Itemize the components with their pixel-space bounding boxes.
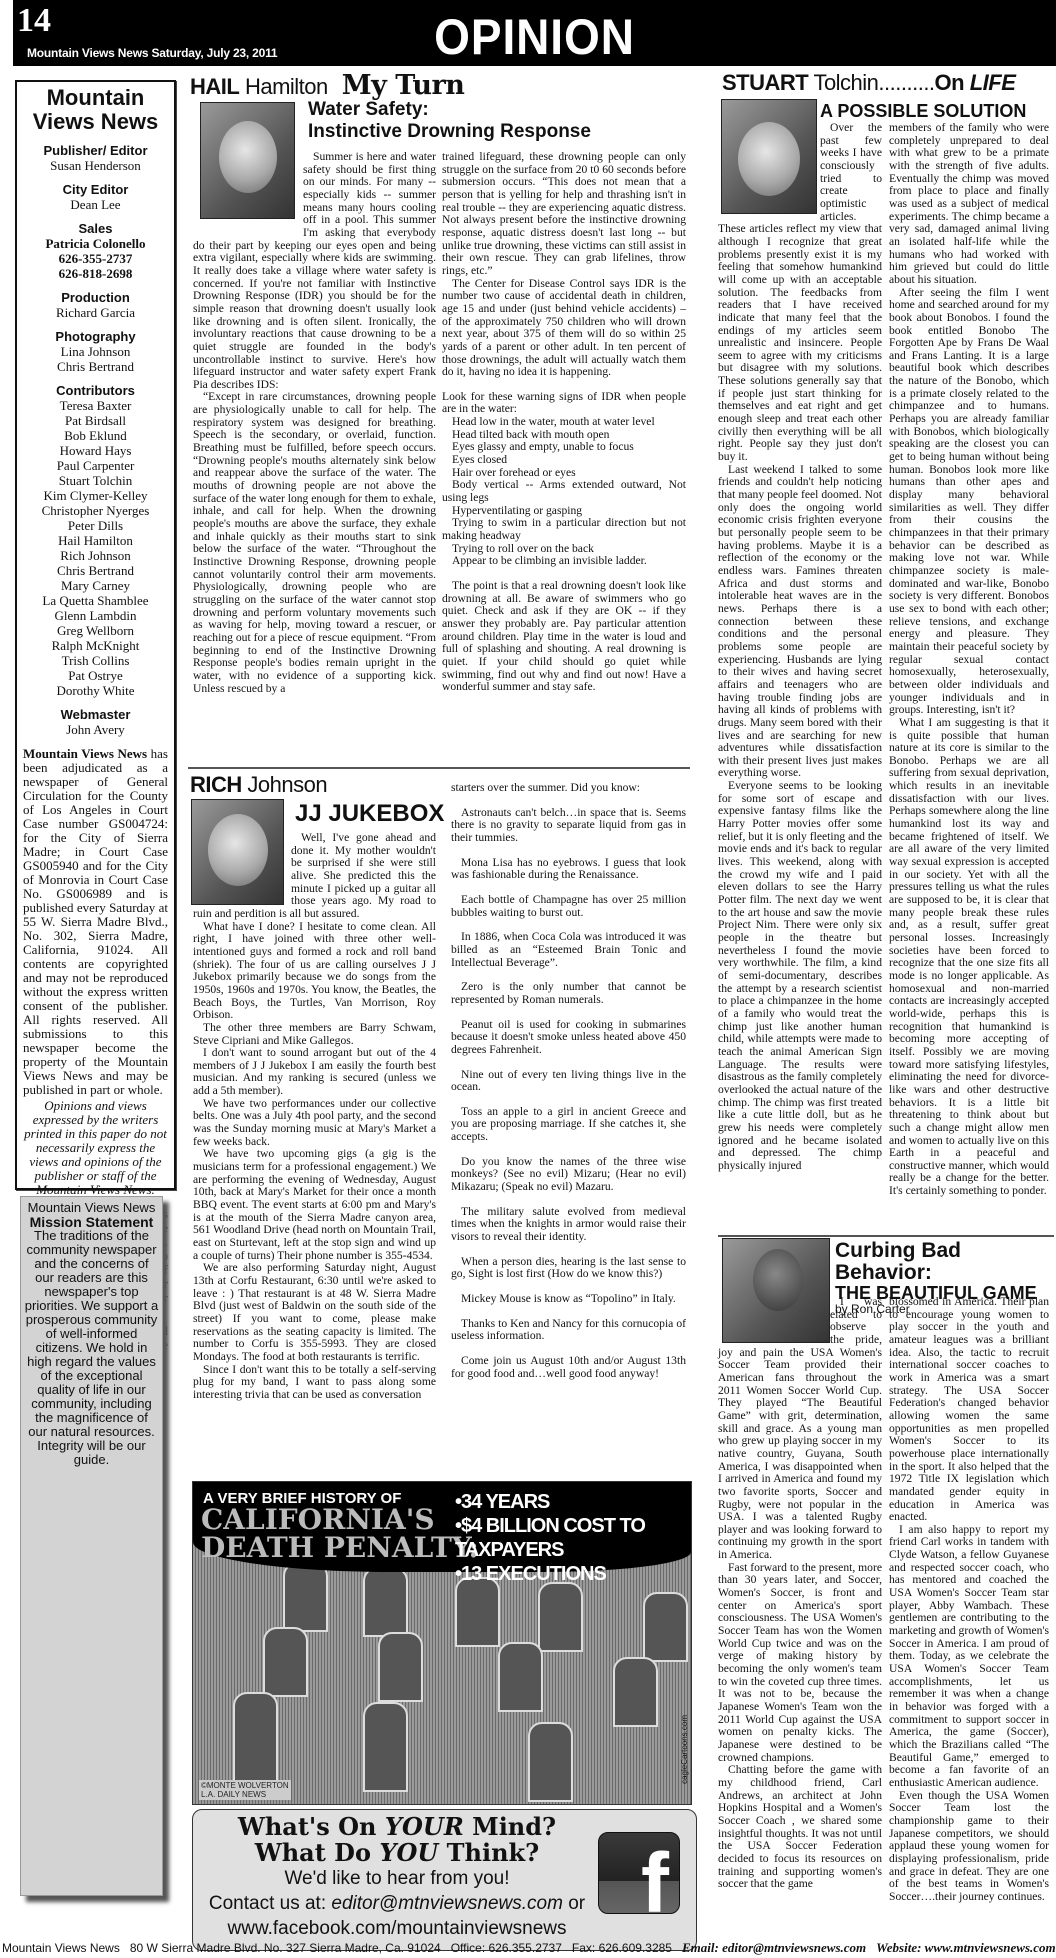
staff-name: Howard Hays (23, 443, 168, 458)
staff-name: Ralph McKnight (23, 638, 168, 653)
johnson-col1: Well, I've gone ahead and done it. My mo… (193, 832, 436, 1402)
staff-role: Production (23, 290, 168, 305)
paragraph: members of the family who were completel… (889, 122, 1049, 287)
h1c: Mind? (464, 1812, 556, 1841)
column-on: On (935, 70, 965, 95)
paragraph: In 1886, when Coca Cola was introduced i… (451, 931, 686, 969)
paragraph: The other three members are Barry Schwam… (193, 1022, 436, 1047)
staff-name: Kim Clymer-Kelley (23, 488, 168, 503)
staff-name: 626-818-2698 (23, 266, 168, 281)
signs-intro: Look for these warning signs of IDR when… (442, 391, 686, 416)
paragraph: When a person dies, hearing is the last … (451, 1256, 686, 1281)
paper-name: Mountain Views News (23, 86, 168, 134)
paragraph: Mona Lisa has no eyebrows. I guess that … (451, 857, 686, 882)
paragraph: Peanut oil is used for cooking in submar… (451, 1019, 686, 1057)
masthead: 14 Mountain Views News Saturday, July 23… (13, 0, 1056, 66)
tolchin-headline: A POSSIBLE SOLUTION (820, 101, 1026, 122)
carter-col2: blossomed in America. Their plan to enco… (889, 1296, 1049, 1904)
photo-spacer (718, 1296, 830, 1344)
warning-sign: Trying to swim in a particular direction… (442, 517, 686, 542)
warning-sign: Appear to be climbing an invisible ladde… (442, 555, 686, 568)
section-title: OPINION (55, 8, 1015, 66)
hamilton-byline: HAIL HamiltonMy Turn (190, 70, 464, 101)
legal-notice: Mountain Views News has been adjudicated… (23, 747, 168, 1097)
paragraph: Fast forward to the present, more than 3… (718, 1562, 882, 1765)
staff-box: Mountain Views News Publisher/ EditorSus… (15, 80, 176, 1190)
carter-col1: I was elated to observe the pride, joy a… (718, 1296, 882, 1891)
warning-sign: Eyes closed (442, 454, 686, 467)
facebook-icon[interactable]: f (598, 1832, 680, 1914)
paragraph: Toss an apple to a girl in ancient Greec… (451, 1106, 686, 1144)
staff-name: Hail Hamilton (23, 533, 168, 548)
legal-text: has been adjudicated as a newspaper of G… (23, 746, 168, 1097)
staff-name: Trish Collins (23, 653, 168, 668)
mission-title: Mission Statement (24, 1215, 159, 1229)
staff-name: Rich Johnson (23, 548, 168, 563)
editor-email-link[interactable]: editor@mtnviewsnews.com (331, 1893, 563, 1914)
staff-name: Peter Dills (23, 518, 168, 533)
staff-role: Photography (23, 329, 168, 344)
h1a: What's On (238, 1812, 385, 1841)
paragraph: Mickey Mouse is know as “Topolino” in It… (451, 1293, 686, 1306)
paragraph: We are also performing Saturday night, A… (193, 1262, 436, 1363)
paragraph: We have two performances under our colle… (193, 1098, 436, 1149)
paragraph: I don't want to sound arrogant but out o… (193, 1047, 436, 1098)
paragraph: What have I done? I hesitate to come cle… (193, 921, 436, 1022)
footer-name: Mountain Views News (2, 1941, 120, 1955)
h2c: Think? (438, 1838, 539, 1867)
paragraph: “Except in rare circumstances, drowning … (193, 391, 436, 695)
page-footer: Mountain Views News 80 W Sierra Madre Bl… (0, 1940, 1056, 1956)
byline-last: Hamilton (245, 74, 328, 99)
staff-name: Chris Bertrand (23, 359, 168, 374)
footer-email[interactable]: Email: editor@mtnviewsnews.com (682, 1940, 866, 1955)
johnson-byline: RICH Johnson (190, 772, 327, 798)
column-life: LIFE (970, 70, 1016, 95)
staff-name: Dorothy White (23, 683, 168, 698)
headline-line1: Water Safety: (308, 99, 591, 121)
paragraph: starters over the summer. Did you know: (451, 782, 686, 795)
staff-name: Chris Bertrand (23, 563, 168, 578)
byline-last: Tolchin.......... (813, 70, 934, 95)
staff-name: Pat Ostrye (23, 668, 168, 683)
paragraph: Chatting before the game with my childho… (718, 1764, 882, 1891)
contact-prefix: Contact us at: (209, 1893, 332, 1914)
photo-spacer (193, 151, 303, 227)
photo-spacer (718, 122, 820, 214)
page-number: 14 (17, 2, 51, 40)
staff-role: Contributors (23, 383, 168, 398)
paragraph: Since I don't want this to be totally a … (193, 1364, 436, 1402)
cartoon-credit: ©MONTE WOLVERTONL.A. DAILY NEWS (199, 1780, 291, 1800)
paragraph: After seeing the film I went home and se… (889, 287, 1049, 717)
staff-name: Christopher Nyerges (23, 503, 168, 518)
h2a: What Do (255, 1838, 380, 1867)
cartoon-title-large: CALIFORNIA'SDEATH PENALTY: (201, 1506, 479, 1562)
byline-first: RICH (190, 772, 242, 797)
divider (718, 1235, 1054, 1237)
disclaimer: Opinions and views expressed by the writ… (23, 1099, 168, 1197)
staff-name: Lina Johnson (23, 344, 168, 359)
staff-role: Publisher/ Editor (23, 143, 168, 158)
byline-last: Johnson (247, 772, 327, 797)
promo-contact: Contact us at: editor@mtnviewsnews.com o… (193, 1891, 601, 1916)
staff-name: Richard Garcia (23, 305, 168, 320)
cartoon-line3: DEATH PENALTY: (201, 1534, 479, 1562)
paragraph: Astronauts can't belch…in space that is.… (451, 807, 686, 845)
warning-sign: Body vertical -- Arms extended outward, … (442, 479, 686, 504)
editorial-cartoon: A VERY BRIEF HISTORY OF CALIFORNIA'SDEAT… (192, 1481, 692, 1805)
divider (188, 767, 690, 769)
johnson-headline: JJ JUKEBOX (295, 800, 444, 828)
cartoon-bullet: •34 YEARS (455, 1490, 691, 1514)
cartoon-line2: CALIFORNIA'S (201, 1506, 479, 1534)
headline-line2: Instinctive Drowning Response (308, 121, 591, 143)
photo-spacer (193, 832, 291, 904)
h2b: YOU (379, 1838, 438, 1867)
facebook-link[interactable]: www.facebook.com/mountainviewsnews (193, 1916, 601, 1941)
paragraph: Zero is the only number that cannot be r… (451, 981, 686, 1006)
staff-name: Glenn Lambdin (23, 608, 168, 623)
staff-name: Patricia Colonello (23, 236, 168, 251)
warning-signs-list: Head low in the water, mouth at water le… (442, 416, 686, 568)
paragraph: Each bottle of Champagne has over 25 mil… (451, 894, 686, 919)
headline-line1: Curbing Bad Behavior: (835, 1240, 1056, 1284)
staff-name: 626-355-2737 (23, 251, 168, 266)
promo-headline: What's On YOUR Mind? What Do YOU Think? (193, 1814, 601, 1866)
paragraph: Do you know the names of the three wise … (451, 1156, 686, 1194)
mission-text: The traditions of the community newspape… (24, 1229, 159, 1467)
cartoon-bullet: •13 EXECUTIONS (455, 1562, 691, 1586)
staff-name: Teresa Baxter (23, 398, 168, 413)
staff-name: Paul Carpenter (23, 458, 168, 473)
footer-office: Office: 626.355.2737 (451, 1941, 562, 1955)
staff-name: Susan Henderson (23, 158, 168, 173)
tolchin-byline: STUART Tolchin..........On LIFE (722, 70, 1015, 96)
staff-name: Pat Birdsall (23, 413, 168, 428)
footer-address: 80 W Sierra Madre Blvd. No. 327 Sierra M… (130, 1941, 441, 1955)
staff-role: Sales (23, 221, 168, 236)
contact-suffix: or (563, 1893, 585, 1914)
paragraph: What I am suggesting is that it is quite… (889, 717, 1049, 1198)
warning-sign: Head low in the water, mouth at water le… (442, 416, 686, 429)
paragraph: Nine out of every ten living things live… (451, 1069, 686, 1094)
promo-subtitle: We'd like to hear from you! (193, 1866, 601, 1891)
paragraph: Even though the USA Women Soccer Team lo… (889, 1790, 1049, 1904)
byline-first: HAIL (190, 74, 239, 99)
cartoon-bullets: •34 YEARS•$4 BILLION COST TO TAXPAYERS•1… (455, 1490, 691, 1586)
staff-name: Dean Lee (23, 197, 168, 212)
paragraph: Come join us August 10th and/or August 1… (451, 1355, 686, 1380)
footer-fax: Fax: 626.609.3285 (572, 1941, 672, 1955)
mission-statement: Mountain Views News Mission Statement Th… (20, 1196, 163, 1896)
paragraph: The Center for Disease Control says IDR … (442, 278, 686, 379)
tolchin-col1: Over the past few weeks I have conscious… (718, 122, 882, 1172)
tolchin-col2: members of the family who were completel… (889, 122, 1049, 1198)
paragraph: The point is that a real drowning doesn'… (442, 580, 686, 694)
footer-website[interactable]: Website: www.mtnviewsnews.com (876, 1940, 1055, 1955)
hamilton-headline: Water Safety:Instinctive Drowning Respon… (308, 99, 591, 143)
byline-first: STUART (722, 70, 808, 95)
staff-name: Mary Carney (23, 578, 168, 593)
johnson-col2: starters over the summer. Did you know:A… (451, 782, 686, 1380)
mission-paper-name: Mountain Views News (24, 1201, 159, 1215)
cartoon-site: cagleCartoons.com (680, 1715, 689, 1784)
paragraph: Everyone seems to be looking for some so… (718, 780, 882, 1172)
column-title: My Turn (342, 70, 465, 101)
staff-role: City Editor (23, 182, 168, 197)
paragraph: blossomed in America. Their plan to enco… (889, 1296, 1049, 1524)
paragraph: I am also happy to report my friend Carl… (889, 1524, 1049, 1790)
staff-name: Bob Eklund (23, 428, 168, 443)
paragraph: Last weekend I talked to some friends an… (718, 464, 882, 780)
h1b: YOUR (385, 1812, 464, 1841)
staff-list: Publisher/ EditorSusan HendersonCity Edi… (23, 143, 168, 737)
staff-role: Webmaster (23, 707, 168, 722)
legal-lead: Mountain Views News (23, 746, 147, 761)
credit-source: L.A. DAILY NEWS (201, 1790, 289, 1799)
paragraph: The military salute evolved from medieva… (451, 1206, 686, 1244)
hamilton-col2: trained lifeguard, these drowning people… (442, 151, 686, 694)
cartoon-bullet: •$4 BILLION COST TO TAXPAYERS (455, 1514, 691, 1562)
staff-name: Greg Wellborn (23, 623, 168, 638)
credit-artist: ©MONTE WOLVERTON (201, 1781, 289, 1790)
feedback-promo: What's On YOUR Mind? What Do YOU Think? … (192, 1809, 697, 1951)
hamilton-col1: Summer is here and water safety should b… (193, 151, 436, 695)
paragraph: trained lifeguard, these drowning people… (442, 151, 686, 278)
staff-name: Stuart Tolchin (23, 473, 168, 488)
paragraph: We have two upcoming gigs (a gig is the … (193, 1148, 436, 1262)
staff-name: John Avery (23, 722, 168, 737)
paragraph: Thanks to Ken and Nancy for this cornuco… (451, 1318, 686, 1343)
staff-name: La Quetta Shamblee (23, 593, 168, 608)
